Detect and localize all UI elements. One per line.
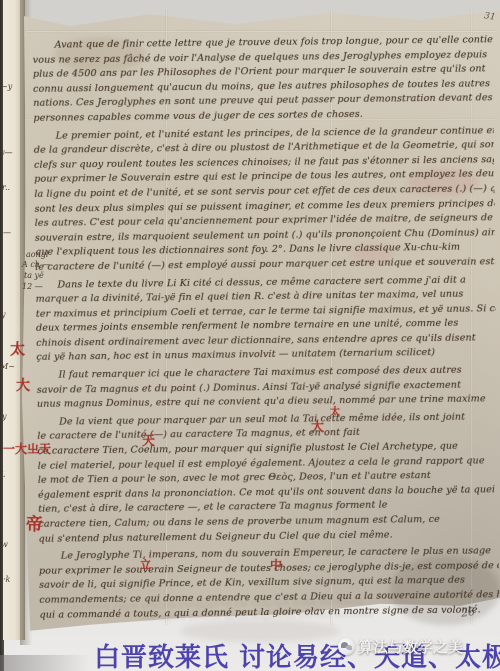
red-chinese-character: 大 <box>311 416 324 435</box>
red-chinese-character: 帝 <box>26 510 43 535</box>
corner-shadow <box>0 655 90 671</box>
manuscript-lines: Avant que de finir cette lettre que je t… <box>32 30 499 623</box>
margin-ink-mark: ~y <box>1 82 12 91</box>
margin-ink-mark: A ch — <box>22 260 51 269</box>
watermark: 算法与数学之美 <box>338 636 463 657</box>
page-number-top: 31 <box>483 11 496 22</box>
manuscript-photo: 31 26 Avant que de finir cette lettre qu… <box>0 0 500 671</box>
red-chinese-character: 中 <box>270 556 282 573</box>
red-chinese-character: 大 <box>16 375 30 395</box>
red-chinese-character: 一大㞢天 <box>3 440 51 457</box>
margin-ink-mark: y <box>2 412 7 421</box>
watermark-logo-icon <box>338 638 355 655</box>
watermark-text: 算法与数学之美 <box>358 636 463 657</box>
margin-ink-mark: ·k <box>3 575 10 584</box>
margin-ink-mark: — <box>3 228 11 237</box>
margin-ink-mark: y <box>1 310 6 319</box>
red-chinese-character: 太 <box>330 403 340 418</box>
red-chinese-character: 太 <box>10 338 25 359</box>
margin-ink-mark: ta yë <box>24 271 44 280</box>
margin-ink-mark: r.. <box>2 183 10 192</box>
margin-ink-mark: 12 — <box>22 282 43 291</box>
margin-ink-mark: w <box>1 540 8 549</box>
red-chinese-character: 天 <box>142 430 155 449</box>
margin-ink-mark: aongl <box>26 250 48 259</box>
margin-ink-mark: M~ <box>0 362 15 371</box>
red-chinese-character: 立 <box>140 556 151 572</box>
margin-ink-mark: y— <box>0 148 13 157</box>
margin-ink-mark: L <box>0 470 5 479</box>
